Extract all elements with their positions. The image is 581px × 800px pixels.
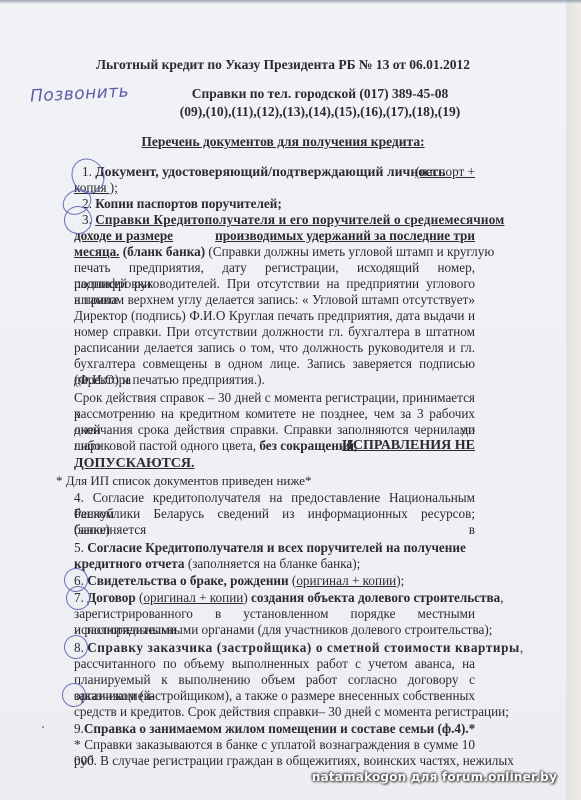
body-line: в правом верхнем углу делается запись: «… <box>74 292 475 308</box>
item-7-title: Договор <box>87 590 136 605</box>
item-8-line: заказчиком (застройщиком), а также о раз… <box>74 688 475 704</box>
item-8-line: средств и кредитов. Срок действия справк… <box>74 704 475 720</box>
original-copies-note: оригинал + копии <box>296 573 396 588</box>
bank-form-note: (бланк банка) <box>123 244 205 259</box>
item-3-title-part: доходе и размере <box>74 228 173 243</box>
document-title: Льготный кредит по Указу Президента РБ №… <box>0 57 566 73</box>
item-4-line: банке) <box>74 522 475 538</box>
item-number: 3. <box>82 212 92 227</box>
item-3-title: Справки Кредитополучателя и его поручите… <box>95 212 504 227</box>
original-copies-note: оригинал + копии <box>143 590 243 605</box>
item-8: 8. Справку заказчика (застройщика) о сме… <box>74 640 475 656</box>
item-5: 5. Согласие Кредитополучателя и всех пор… <box>74 540 475 556</box>
item-9-line: руб. В случае регистрации граждан в обще… <box>74 753 475 769</box>
body-text: шариковой пастой одного цвета, <box>74 438 256 453</box>
item-8-title: Справку заказчика (застройщика) о сметно… <box>87 640 520 655</box>
scan-shadow <box>0 0 581 4</box>
body-line: Директор (подпись) Ф.И.О Круглая печать … <box>74 308 475 324</box>
item-number: 6. <box>74 573 84 588</box>
item-number: 1. <box>82 164 92 179</box>
phone-line-1: Справки по тел. городской (017) 389-45-0… <box>150 85 490 103</box>
corrections-warning: ИСПРАВЛЕНИЯ НЕ <box>342 438 475 453</box>
item-5-title: Согласие Кредитополучателя и всех поручи… <box>87 540 466 555</box>
body-line: (Ф.И.О) и печатью предприятия.). <box>74 372 475 388</box>
item-3-title-end: месяца. <box>74 244 119 259</box>
item-1-cont: копия ); <box>74 180 475 196</box>
punct: ); <box>396 573 404 588</box>
item-9: 9.Справка о занимаемом жилом помещении и… <box>74 721 475 737</box>
item-9-title: Справка о занимаемом жилом помещении и с… <box>84 721 475 736</box>
item-2: 2. Копии паспортов поручителей; <box>74 196 475 212</box>
item-1-title: Документ, удостоверяющий/подтверждающий … <box>95 164 445 179</box>
item-6: 6. Свидетельства о браке, рождении (ориг… <box>74 573 475 589</box>
warning-line-2: ДОПУСКАЮТСЯ. <box>74 455 475 472</box>
item-7-line: и распорядительными органами (для участн… <box>74 622 475 638</box>
item-5-line-2: кредитного отчета (заполняется на бланке… <box>74 556 475 572</box>
item-number: 8. <box>74 640 84 655</box>
item-1-passport-note: (паспорт + <box>415 164 475 180</box>
item-number: 5. <box>74 540 84 555</box>
validity-line-last: шариковой пастой одного цвета, без сокра… <box>74 438 475 454</box>
item-5-title-end: кредитного отчета <box>74 556 185 571</box>
body-line: номер справки. При отсутствии должности … <box>74 324 475 340</box>
no-abbreviations-note: без сокращений <box>259 438 354 453</box>
scan-speck <box>42 726 44 728</box>
item-2-title: Копии паспортов поручителей; <box>95 196 282 211</box>
body-text: (Справки должны иметь угловой штамп и кр… <box>208 244 494 259</box>
page-edge <box>566 0 581 800</box>
body-line: расписании делается запись о том, что до… <box>74 340 475 356</box>
phone-line-2: (09),(10),(11),(12),(13),(14),(15),(16),… <box>150 103 490 121</box>
corrections-warning-end: ДОПУСКАЮТСЯ. <box>74 456 195 471</box>
ip-footnote: * Для ИП список документов приведен ниже… <box>56 473 311 489</box>
item-3-line-3: месяца. (бланк банка) (Справки должны им… <box>74 244 475 260</box>
item-3: 3. Справки Кредитополучателя и его поруч… <box>74 212 475 228</box>
item-number: 9. <box>74 721 84 736</box>
watermark: natamakogon для forum.onliner.by <box>312 770 557 784</box>
item-number: 7. <box>74 590 84 605</box>
item-8-line: рассчитанного по объему выполненных рабо… <box>74 656 475 672</box>
body-text: (заполняется на бланке банка); <box>188 556 361 571</box>
item-6-title: Свидетельства о браке, рождении <box>87 573 288 588</box>
item-3-title-part: производимых удержаний за последние три <box>215 228 475 243</box>
item-number: 2. <box>82 196 92 211</box>
item-3-line-2: доходе и размере производимых удержаний … <box>74 228 475 244</box>
item-7-title-end: создания объекта долевого строительства <box>251 590 500 605</box>
item-7: 7. Договор (оригинал + копии) создания о… <box>74 590 475 606</box>
document-subtitle: Перечень документов для получения кредит… <box>0 134 566 150</box>
item-1: 1. Документ, удостоверяющий/подтверждающ… <box>74 164 475 180</box>
